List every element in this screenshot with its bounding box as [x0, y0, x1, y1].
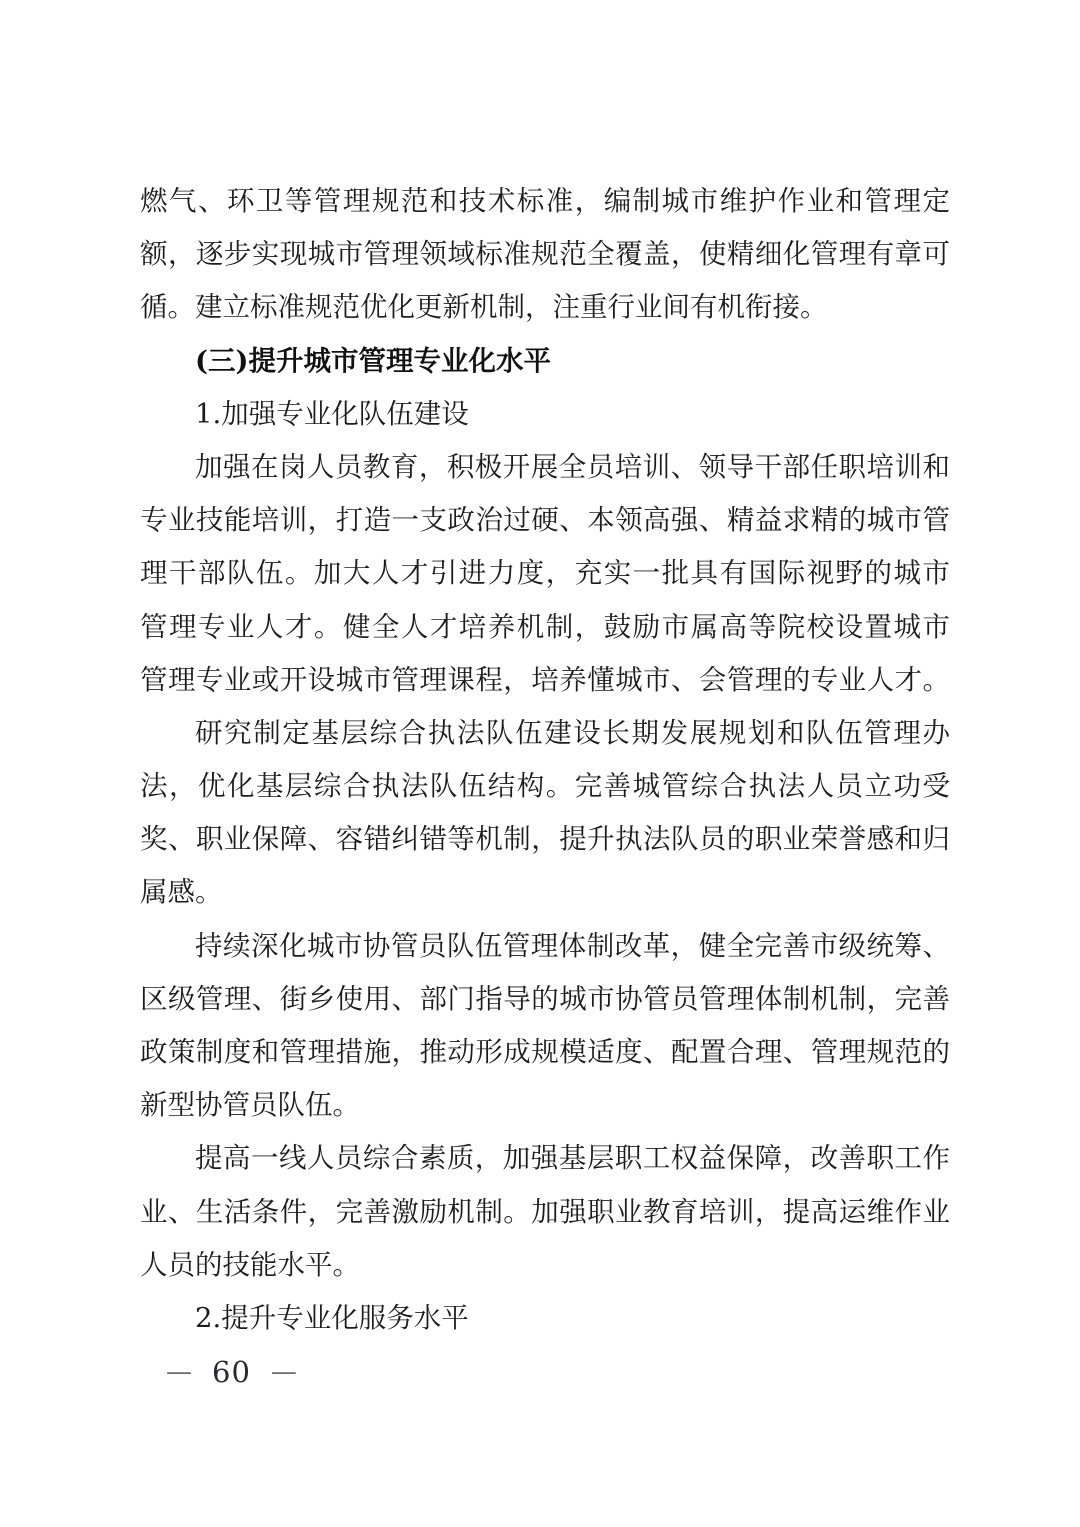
footer-dash-left: — [166, 1355, 192, 1389]
text-line: 人员的技能水平。 [140, 1239, 950, 1292]
text-line: 研究制定基层综合执法队伍建设长期发展规划和队伍管理办 [140, 707, 950, 760]
document-page: 燃气、环卫等管理规范和技术标准，编制城市维护作业和管理定额，逐步实现城市管理领域… [0, 0, 1080, 1527]
page-number: 60 [212, 1355, 251, 1389]
paragraph-law-enforcement-team: 研究制定基层综合执法队伍建设长期发展规划和队伍管理办法，优化基层综合执法队伍结构… [140, 707, 950, 920]
text-line: 专业技能培训，打造一支政治过硬、本领高强、精益求精的城市管 [140, 494, 950, 547]
text-line: 法，优化基层综合执法队伍结构。完善城管综合执法人员立功受 [140, 760, 950, 813]
text-line: 额，逐步实现城市管理领域标准规范全覆盖，使精细化管理有章可 [140, 228, 950, 281]
footer-dash-right: — [271, 1355, 297, 1389]
heading-section-three: (三)提升城市管理专业化水平 [140, 335, 950, 388]
text-line: 属感。 [140, 866, 950, 919]
paragraph-coordinator-team: 持续深化城市协管员队伍管理体制改革，健全完善市级统筹、区级管理、街乡使用、部门指… [140, 920, 950, 1133]
paragraph-team-building: 加强在岗人员教育，积极开展全员培训、领导干部任职培训和专业技能培训，打造一支政治… [140, 441, 950, 707]
text-line: 新型协管员队伍。 [140, 1079, 950, 1132]
heading-item-1: 1.加强专业化队伍建设 [140, 388, 950, 441]
paragraph-standards-continuation: 燃气、环卫等管理规范和技术标准，编制城市维护作业和管理定额，逐步实现城市管理领域… [140, 175, 950, 335]
text-line: 燃气、环卫等管理规范和技术标准，编制城市维护作业和管理定 [140, 175, 950, 228]
text-line: 1.加强专业化队伍建设 [140, 388, 950, 441]
text-line: (三)提升城市管理专业化水平 [140, 335, 950, 388]
paragraph-frontline-staff: 提高一线人员综合素质，加强基层职工权益保障，改善职工作业、生活条件，完善激励机制… [140, 1132, 950, 1292]
text-line: 持续深化城市协管员队伍管理体制改革，健全完善市级统筹、 [140, 920, 950, 973]
text-line: 提高一线人员综合素质，加强基层职工权益保障，改善职工作 [140, 1132, 950, 1185]
text-line: 循。建立标准规范优化更新机制，注重行业间有机衔接。 [140, 281, 950, 334]
text-line: 理干部队伍。加大人才引进力度，充实一批具有国际视野的城市 [140, 547, 950, 600]
text-line: 区级管理、街乡使用、部门指导的城市协管员管理体制机制，完善 [140, 973, 950, 1026]
text-line: 管理专业或开设城市管理课程，培养懂城市、会管理的专业人才。 [140, 654, 950, 707]
document-body: 燃气、环卫等管理规范和技术标准，编制城市维护作业和管理定额，逐步实现城市管理领域… [140, 175, 950, 1345]
text-line: 管理专业人才。健全人才培养机制，鼓励市属高等院校设置城市 [140, 601, 950, 654]
text-line: 业、生活条件，完善激励机制。加强职业教育培训，提高运维作业 [140, 1186, 950, 1239]
heading-item-2: 2.提升专业化服务水平 [140, 1292, 950, 1345]
text-line: 2.提升专业化服务水平 [140, 1292, 950, 1345]
text-line: 加强在岗人员教育，积极开展全员培训、领导干部任职培训和 [140, 441, 950, 494]
text-line: 政策制度和管理措施，推动形成规模适度、配置合理、管理规范的 [140, 1026, 950, 1079]
page-footer: — 60 — [166, 1355, 297, 1389]
text-line: 奖、职业保障、容错纠错等机制，提升执法队员的职业荣誉感和归 [140, 813, 950, 866]
